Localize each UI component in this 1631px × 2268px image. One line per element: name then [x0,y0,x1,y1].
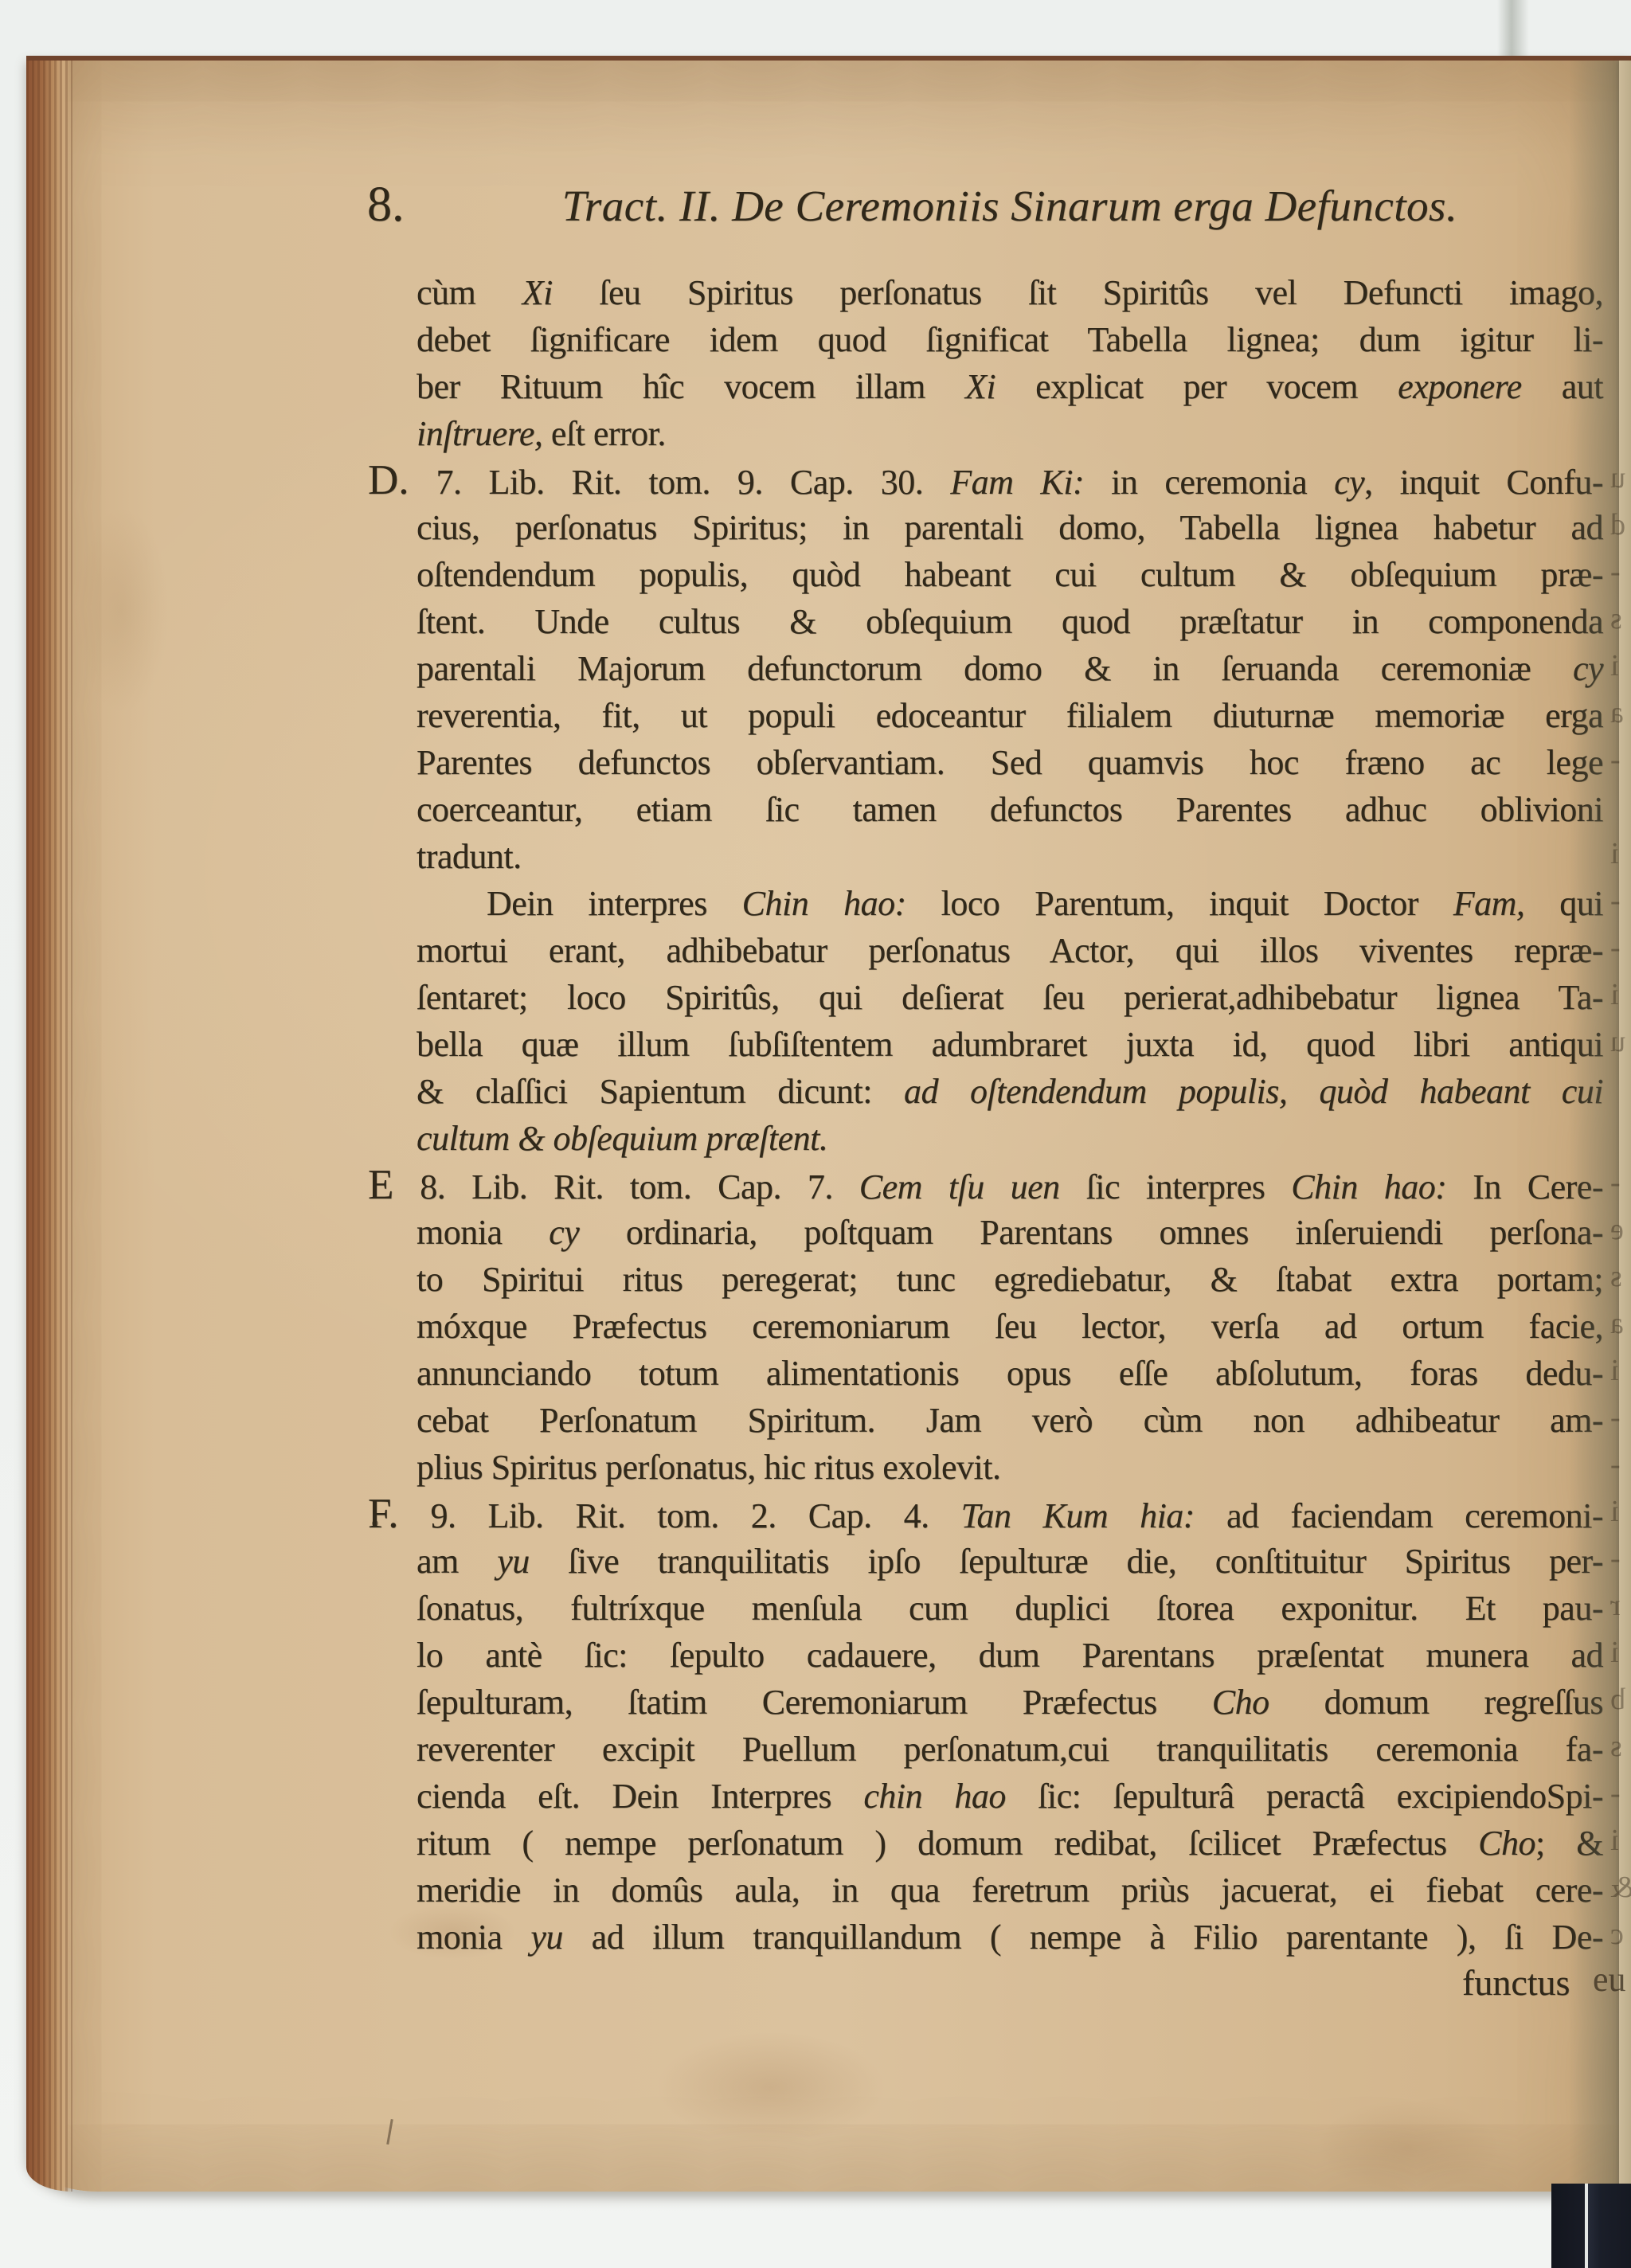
text-segment: 7. Lib. Rit. tom. 9. Cap. 30. [409,463,951,502]
facing-page-fragment: i [1610,1821,1619,1859]
text-segment: reverenter excipit Puellum perſonatum,cu… [417,1730,1603,1769]
facing-page-fragment: - [1610,1398,1621,1437]
facing-page-fragment: e [1610,1210,1624,1249]
text-line: coerceantur, etiam ſic tamen defunctos P… [417,786,1603,833]
text-segment: ad illum tranquillandum ( nempe à Filio … [563,1918,1603,1957]
text-segment: cebat Perſonatum Spiritum. Jam verò cùm … [417,1401,1603,1440]
text-segment: oſtendendum populis, quòd habeant cui cu… [417,555,1603,594]
text-segment: debet ſignificare idem quod ſignificat T… [417,320,1603,359]
page-title: Tract. II. De Ceremoniis Sinarum erga De… [417,174,1603,238]
text-segment: ad faciendam ceremoni- [1195,1496,1603,1535]
text-line: F. 9. Lib. Rit. tom. 2. Cap. 4. Tan Kum … [368,1491,1603,1538]
facing-page-fragment: i [1610,976,1619,1014]
text-line: cienda eſt. Dein Interpres chin hao ſic:… [417,1773,1603,1820]
text-segment: explicat per vocem [995,367,1398,406]
text-line: D. 7. Lib. Rit. tom. 9. Cap. 30. Fam Ki:… [368,457,1603,504]
text-line: plius Spiritus perſonatus, hic ritus exo… [417,1444,1603,1491]
text-segment: meridie in domûs aula, in qua feretrum p… [417,1871,1603,1910]
text-segment: Chin hao: [742,884,906,923]
text-segment: 9. Lib. Rit. tom. 2. Cap. 4. [398,1496,960,1535]
text-segment: ſepulturam, ſtatim Ceremoniarum Præfectu… [417,1683,1212,1722]
text-line: meridie in domûs aula, in qua feretrum p… [417,1867,1603,1914]
text-segment: plius Spiritus perſonatus, hic ritus exo… [417,1448,1001,1487]
text-segment: cienda eſt. Dein Interpres [417,1777,863,1816]
text-segment: yu [497,1542,530,1581]
text-line: cius, perſonatus Spiritus; in parentali … [417,504,1603,551]
text-segment: ſive tranquilitatis ipſo ſepulturæ die, … [530,1542,1603,1581]
facing-page-fragment: s [1610,1257,1622,1296]
text-segment: Parentes defunctos obſervantiam. Sed qua… [417,743,1603,782]
facing-page-fragment: i [1610,835,1619,873]
text-segment: Cho [1212,1683,1269,1722]
text-segment: monia [417,1918,530,1957]
text-line: annunciando totum alimentationis opus eſ… [417,1350,1603,1397]
text-segment: E [368,1162,393,1208]
facing-page-fragment: & [1610,1868,1631,1906]
text-segment: inſtruere, [417,414,542,453]
book-fore-edge [26,61,72,2192]
facing-page-fragment: r [1610,1586,1621,1625]
facing-page-fragment: i [1610,1351,1619,1390]
text-segment: cy [549,1213,579,1252]
text-segment: cùm [417,273,522,312]
text-segment: lo antè ſic: ſepulto cadauere, dum Paren… [417,1636,1603,1675]
text-line: ſepulturam, ſtatim Ceremoniarum Præfectu… [417,1679,1603,1726]
text-line: E 8. Lib. Rit. tom. Cap. 7. Cem tſu uen … [368,1162,1603,1209]
text-segment: ordinaria, poſtquam Parentans omnes inſe… [579,1213,1603,1252]
text-segment: parentali Majorum defunctorum domo & in … [417,649,1573,688]
text-segment: ſonatus, fultríxque menſula cum duplici … [417,1589,1603,1628]
catchword: functus [1462,1961,1570,2004]
facing-page-fragment: u [1610,459,1625,497]
text-segment: monia [417,1213,549,1252]
running-header: 8. Tract. II. De Ceremoniis Sinarum erga… [417,174,1603,238]
text-segment: Tan Kum hia: [961,1496,1195,1535]
text-segment: Cho [1478,1824,1535,1863]
text-segment: cultum & obſequium præſtent. [417,1119,827,1158]
facing-page-fragment: - [1610,929,1621,967]
text-line: cebat Perſonatum Spiritum. Jam verò cùm … [417,1397,1603,1444]
page-number: 8. [367,173,405,237]
book-page: 8. Tract. II. De Ceremoniis Sinarum erga… [26,56,1631,2192]
text-line: bella quæ illum ſubſiſtentem adumbraret … [417,1021,1603,1068]
text-segment: Xi [965,367,995,406]
text-segment: chin hao [863,1777,1006,1816]
facing-page-fragment: i [1610,1492,1619,1531]
text-segment: cy [1334,463,1364,502]
text-segment: in ceremonia [1084,463,1334,502]
facing-page-fragment: b [1610,1680,1625,1719]
text-line: ſtent. Unde cultus & obſequium quod præſ… [417,598,1603,645]
text-line: monia yu ad illum tranquillandum ( nempe… [417,1914,1603,1961]
text-line: reverenter excipit Puellum perſonatum,cu… [417,1726,1603,1773]
text-segment: móxque Præfectus ceremoniarum ſeu lector… [417,1307,1603,1346]
facing-page-fragment: s [1610,1727,1622,1766]
text-segment: reverentia, fit, ut populi edoceantur fi… [417,696,1603,735]
paper-stain [655,2031,886,2143]
text-line: cultum & obſequium præſtent. [417,1115,1603,1162]
text-segment: & claſſici Sapientum dicunt: [417,1072,904,1111]
text-line: Dein interpres Chin hao: loco Parentum, … [417,880,1603,927]
ink-stray-mark [386,2119,393,2145]
text-segment: ſic: ſepulturâ peractâ excipiendoSpi- [1006,1777,1603,1816]
text-segment: ad oſtendendum populis, quòd habeant cui [904,1072,1603,1111]
facing-page-fragment: - [1610,1539,1621,1578]
text-segment: , inquit Confu- [1364,463,1603,502]
book-block-seam-shadow [1497,0,1529,56]
text-segment: mortui erant, adhibebatur perſonatus Act… [417,931,1603,970]
facing-page-fragment: i [1610,1633,1619,1672]
text-line: oſtendendum populis, quòd habeant cui cu… [417,551,1603,598]
facing-page-fragment: - [1610,1774,1621,1812]
text-segment: D. [368,457,409,503]
text-segment: tradunt. [417,837,522,876]
text-line: ritum ( nempe perſonatum ) domum redibat… [417,1820,1603,1867]
text-line: tradunt. [417,833,1603,880]
facing-page-fragment: - [1610,553,1621,591]
text-line: am yu ſive tranquilitatis ipſo ſepulturæ… [417,1538,1603,1585]
text-line: & claſſici Sapientum dicunt: ad oſtenden… [417,1068,1603,1115]
text-segment: ritum ( nempe perſonatum ) domum redibat… [417,1824,1478,1863]
text-segment: ſic interpres [1060,1167,1292,1206]
text-segment: Xi [522,273,553,312]
text-segment: ſtent. Unde cultus & obſequium quod præſ… [417,602,1603,641]
text-line: debet ſignificare idem quod ſignificat T… [417,316,1603,363]
text-line: lo antè ſic: ſepulto cadauere, dum Paren… [417,1632,1603,1679]
text-segment: eſt error. [542,414,666,453]
facing-page-fragment: d [1610,506,1625,544]
text-segment: to Spiritui ritus peregerat; tunc egredi… [417,1260,1603,1299]
text-segment: yu [530,1918,563,1957]
text-line: parentali Majorum defunctorum domo & in … [417,645,1603,692]
text-segment: Fam Ki: [950,463,1084,502]
paper-stain [74,506,170,714]
text-body: cùm Xi ſeu Spiritus perſonatus ſit Spiri… [417,269,1603,1965]
text-segment: Cem tſu uen [859,1167,1060,1206]
facing-page-fragment: - [1610,1445,1621,1484]
text-segment: exponere [1398,367,1522,406]
text-line: cùm Xi ſeu Spiritus perſonatus ſit Spiri… [417,269,1603,316]
facing-page-fragment: i [1610,647,1619,685]
text-segment: 8. Lib. Rit. tom. Cap. 7. [393,1167,859,1206]
text-segment: annunciando totum alimentationis opus eſ… [417,1354,1603,1393]
text-segment: coerceantur, etiam ſic tamen defunctos P… [417,790,1603,829]
text-segment: ſeu Spiritus perſonatus ſit Spiritûs vel… [553,273,1603,312]
text-line: to Spiritui ritus peregerat; tunc egredi… [417,1256,1603,1303]
facing-page-fragment: a [1610,1304,1624,1343]
text-line: inſtruere, eſt error. [417,410,1603,457]
text-segment: ber Rituum hîc vocem illam [417,367,965,406]
text-segment: domum regreſſus [1269,1683,1603,1722]
facing-page-fragment: c [1610,1915,1624,1953]
facing-page-fragment: u [1610,1023,1625,1061]
facing-page-fragment: s [1610,600,1622,638]
text-segment: am [417,1542,497,1581]
scanned-book-photo: { "header": { "page_number": "8.", "titl… [0,0,1631,2268]
facing-page-fragment: a [1610,694,1624,732]
text-line: reverentia, fit, ut populi edoceantur fi… [417,692,1603,739]
text-line: mortui erant, adhibebatur perſonatus Act… [417,927,1603,974]
paper-stain [1316,2099,1500,2195]
text-segment: Fam, [1453,884,1525,923]
text-line: ber Rituum hîc vocem illam Xi explicat p… [417,363,1603,410]
facing-page-fragment: - [1610,882,1621,920]
text-segment: ſentaret; loco Spiritûs, qui deſierat ſe… [417,978,1603,1017]
text-segment: F. [368,1491,398,1537]
text-line: ſentaret; loco Spiritûs, qui deſierat ſe… [417,974,1603,1021]
text-line: ſonatus, fultríxque menſula cum duplici … [417,1585,1603,1632]
text-segment: cius, perſonatus Spiritus; in parentali … [417,508,1603,547]
facing-page-fragment: eu [1593,1961,1626,1999]
facing-page-fragment: - [1610,741,1621,779]
text-segment: bella quæ illum ſubſiſtentem adumbraret … [417,1025,1603,1064]
bookmark-ribbon [1551,2184,1631,2268]
text-segment: Chin hao: [1291,1167,1446,1206]
text-line: móxque Præfectus ceremoniarum ſeu lector… [417,1303,1603,1350]
facing-page-fragment: - [1610,1163,1621,1202]
text-line: monia cy ordinaria, poſtquam Parentans o… [417,1209,1603,1256]
text-segment: loco Parentum, inquit Doctor [906,884,1453,923]
text-segment: Dein interpres [487,884,742,923]
text-line: Parentes defunctos obſervantiam. Sed qua… [417,739,1603,786]
